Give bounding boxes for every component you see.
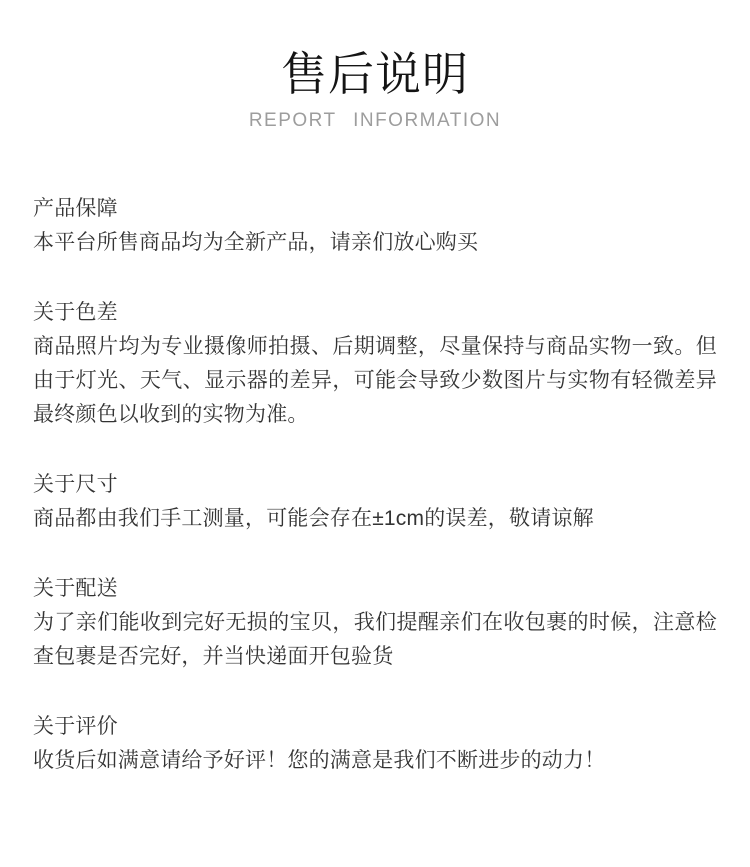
section-color-difference: 关于色差 商品照片均为专业摄像师拍摄、后期调整，尽量保持与商品实物一致。但由于灯…: [33, 296, 717, 432]
section-body: 商品照片均为专业摄像师拍摄、后期调整，尽量保持与商品实物一致。但由于灯光、天气、…: [33, 330, 717, 432]
section-title: 关于评价: [33, 710, 717, 744]
section-title: 关于尺寸: [33, 468, 717, 502]
after-sales-info-page: 售后说明 REPORT INFORMATION 产品保障 本平台所售商品均为全新…: [0, 0, 750, 867]
section-title: 关于色差: [33, 296, 717, 330]
section-review: 关于评价 收货后如满意请给予好评！您的满意是我们不断进步的动力！: [33, 710, 717, 778]
section-product-guarantee: 产品保障 本平台所售商品均为全新产品，请亲们放心购买: [33, 192, 717, 260]
section-body: 商品都由我们手工测量，可能会存在±1cm的误差，敬请谅解: [33, 502, 717, 536]
section-body: 本平台所售商品均为全新产品，请亲们放心购买: [33, 226, 717, 260]
page-subtitle: REPORT INFORMATION: [0, 110, 750, 132]
section-title: 关于配送: [33, 572, 717, 606]
section-delivery: 关于配送 为了亲们能收到完好无损的宝贝，我们提醒亲们在收包裹的时候，注意检查包裹…: [33, 572, 717, 674]
section-size: 关于尺寸 商品都由我们手工测量，可能会存在±1cm的误差，敬请谅解: [33, 468, 717, 536]
section-body: 收货后如满意请给予好评！您的满意是我们不断进步的动力！: [33, 744, 717, 778]
section-body: 为了亲们能收到完好无损的宝贝，我们提醒亲们在收包裹的时候，注意检查包裹是否完好，…: [33, 606, 717, 674]
page-header: 售后说明 REPORT INFORMATION: [0, 0, 750, 132]
page-title: 售后说明: [0, 46, 750, 102]
section-title: 产品保障: [33, 192, 717, 226]
sections-container: 产品保障 本平台所售商品均为全新产品，请亲们放心购买 关于色差 商品照片均为专业…: [0, 192, 750, 778]
